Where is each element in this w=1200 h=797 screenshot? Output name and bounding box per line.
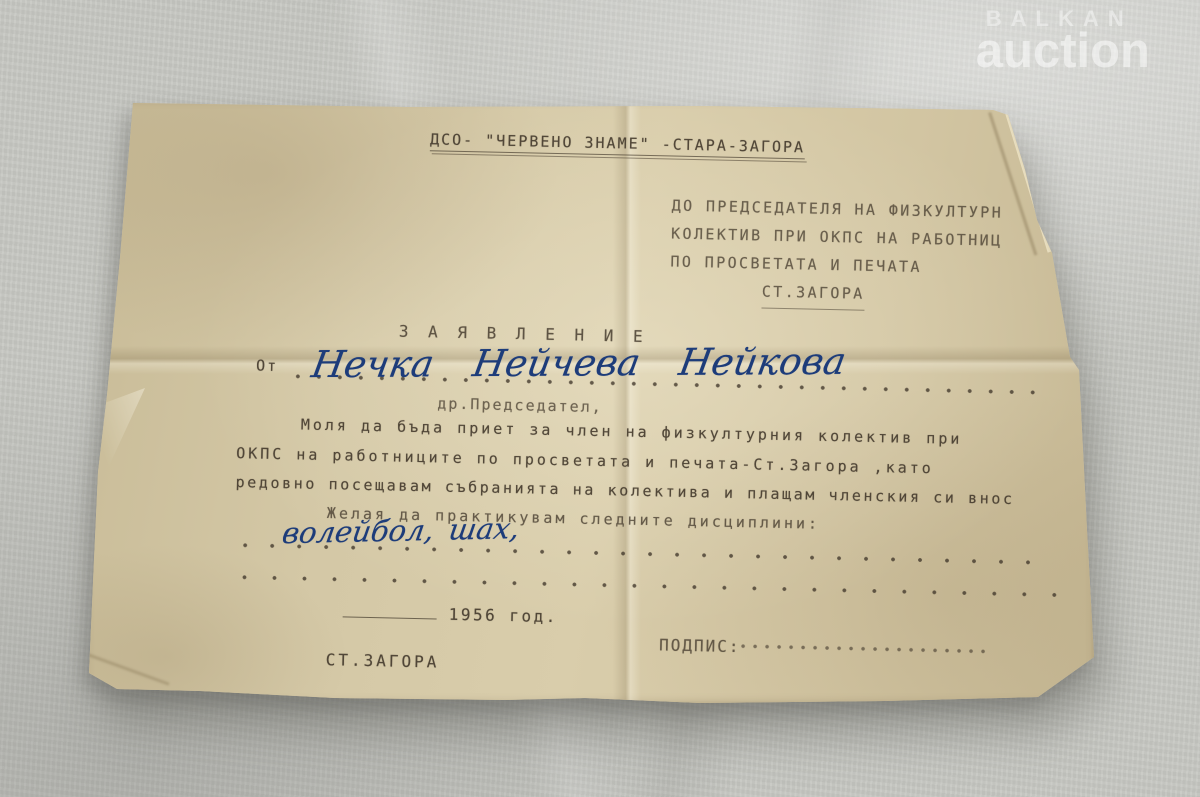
- signature-row: ПОДПИС:: [659, 635, 993, 661]
- from-label: От: [256, 356, 278, 374]
- watermark-brand-top: BALKAN: [986, 6, 1150, 32]
- date-blank-line: [343, 602, 437, 619]
- date-row: 1956 год.: [343, 602, 559, 626]
- handwritten-disciplines: волейбол, шах,: [280, 511, 522, 550]
- year-text: 1956 год.: [449, 605, 559, 626]
- addressee-city-underlined: СТ.ЗАГОРА: [761, 277, 865, 310]
- signature-dotted-line: [740, 640, 992, 657]
- handwritten-applicant-name: Нечка Нейчева Нейкова: [309, 340, 850, 386]
- watermark-brand-bottom: auction: [976, 23, 1150, 79]
- document-photo: ДСО- "ЧЕРВЕНО ЗНАМЕ" -СТАРА-ЗАГОРА ДО ПР…: [85, 100, 1095, 705]
- body-line-3: редовно посещавам събранията на колектив…: [235, 473, 1014, 508]
- document-header: ДСО- "ЧЕРВЕНО ЗНАМЕ" -СТАРА-ЗАГОРА: [430, 130, 805, 159]
- header-underlined-text: ДСО- "ЧЕРВЕНО ЗНАМЕ" -СТАРА-ЗАГОРА: [430, 130, 805, 159]
- salutation-line: др.Председател,: [437, 394, 603, 416]
- auction-watermark: BALKAN auction: [976, 6, 1150, 79]
- photo-fabric-background: ДСО- "ЧЕРВЕНО ЗНАМЕ" -СТАРА-ЗАГОРА ДО ПР…: [0, 0, 1200, 797]
- body-line-2: ОКПС на работниците по просветата и печа…: [236, 444, 934, 477]
- addressee-city: СТ.ЗАГОРА: [669, 275, 1001, 313]
- city-bottom: СТ.ЗАГОРА: [326, 650, 440, 671]
- signature-label: ПОДПИС:: [659, 635, 741, 656]
- disciplines-dotted-line-2: [240, 572, 1058, 600]
- typewritten-text-layer: ДСО- "ЧЕРВЕНО ЗНАМЕ" -СТАРА-ЗАГОРА ДО ПР…: [73, 99, 1096, 726]
- addressee-block: ДО ПРЕДСЕДАТЕЛЯ НА ФИЗКУЛТУРН КОЛЕКТИВ П…: [669, 192, 1003, 314]
- body-line-1: Моля да бъда приет за член на физкултурн…: [301, 415, 963, 447]
- document-paper: ДСО- "ЧЕРВЕНО ЗНАМЕ" -СТАРА-ЗАГОРА ДО ПР…: [85, 100, 1095, 705]
